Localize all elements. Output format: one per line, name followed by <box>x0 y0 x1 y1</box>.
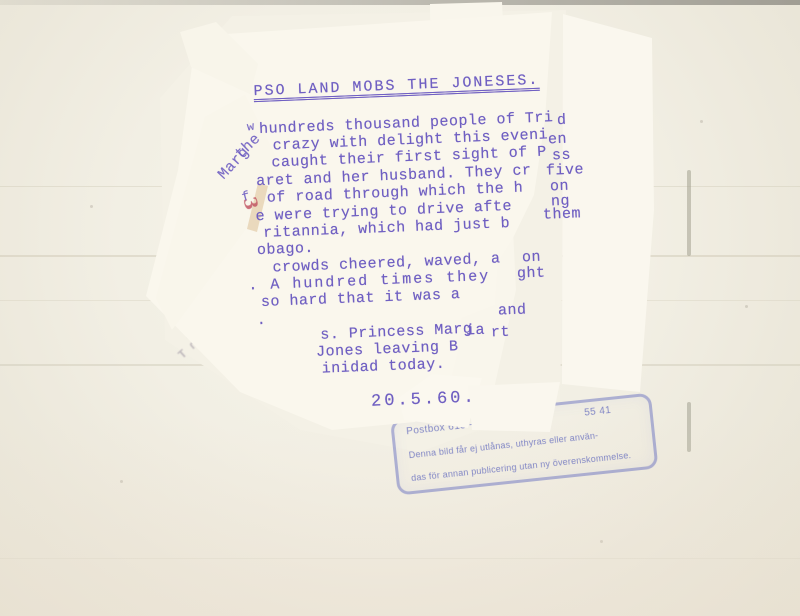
typed-caption: PSO LAND MOBS THE JONESES. hundreds thou… <box>233 64 607 428</box>
typed-fragment: ia <box>466 322 486 340</box>
dust-speck <box>745 305 748 308</box>
typed-fragment: d <box>557 112 567 129</box>
scan-edge-band <box>0 0 800 5</box>
typed-fragment: ght <box>517 265 546 283</box>
typed-fragment: them <box>543 205 582 223</box>
dust-speck <box>600 540 603 543</box>
caption-line: inidad today. <box>321 356 445 378</box>
caption-line: . <box>256 312 266 329</box>
caption-date: 20.5.60. <box>371 388 477 411</box>
caption-headline: PSO LAND MOBS THE JONESES. <box>253 72 539 100</box>
typed-fragment: on <box>522 249 542 267</box>
dust-speck <box>120 480 123 483</box>
caption-line: obago. <box>257 240 315 259</box>
pencil-mark <box>687 170 691 256</box>
pencil-mark <box>687 402 691 452</box>
typed-fragment: en <box>548 131 568 149</box>
paper-streak <box>0 558 800 559</box>
typed-fragment: rt <box>491 324 511 342</box>
photo-back-scan: the to Photo by Armstrong- of Spain T CA… <box>0 0 800 616</box>
dust-speck <box>700 120 703 123</box>
dust-speck <box>90 205 93 208</box>
typed-fragment: and <box>498 302 527 320</box>
